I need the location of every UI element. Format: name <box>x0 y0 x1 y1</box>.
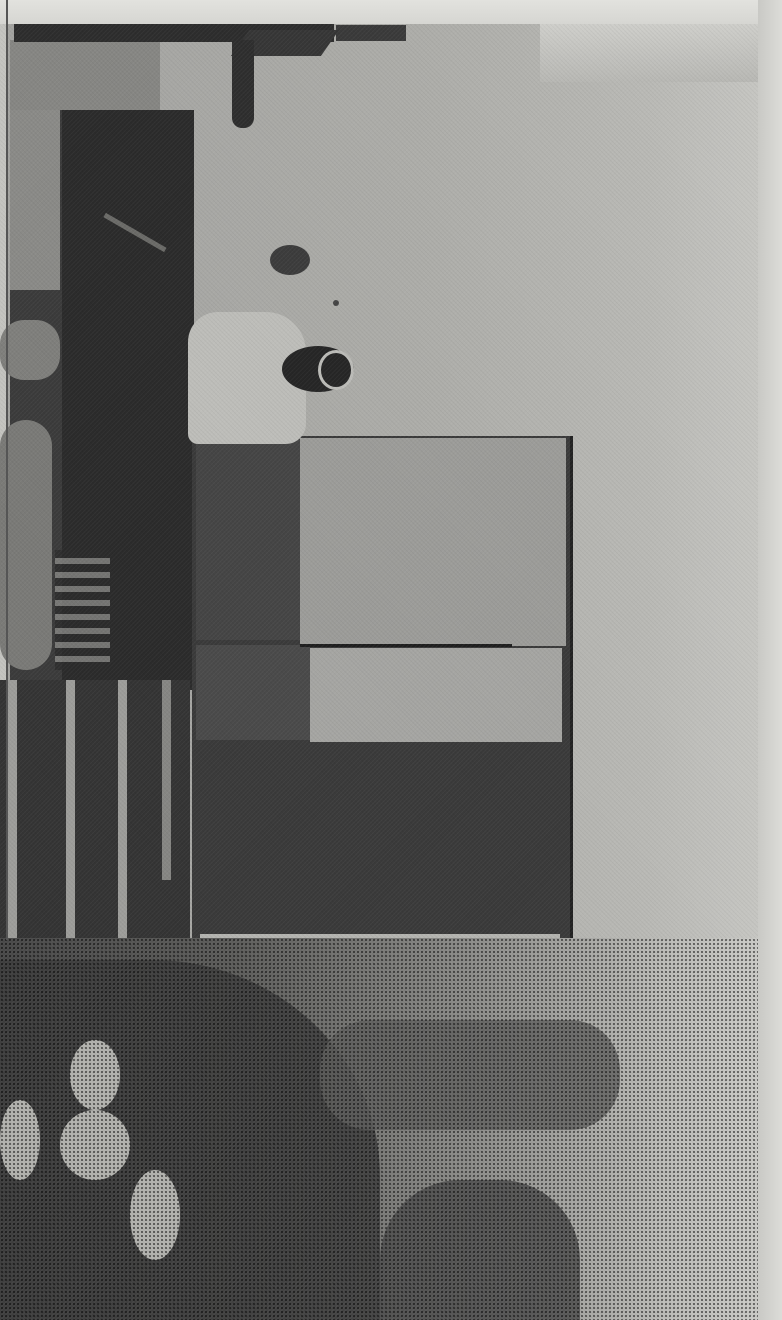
photograph <box>0 0 782 1320</box>
photo-edge-line <box>6 0 8 940</box>
paper-margin-right <box>758 0 782 1320</box>
paper-margin-top <box>0 0 782 24</box>
film-grain <box>0 0 782 1320</box>
